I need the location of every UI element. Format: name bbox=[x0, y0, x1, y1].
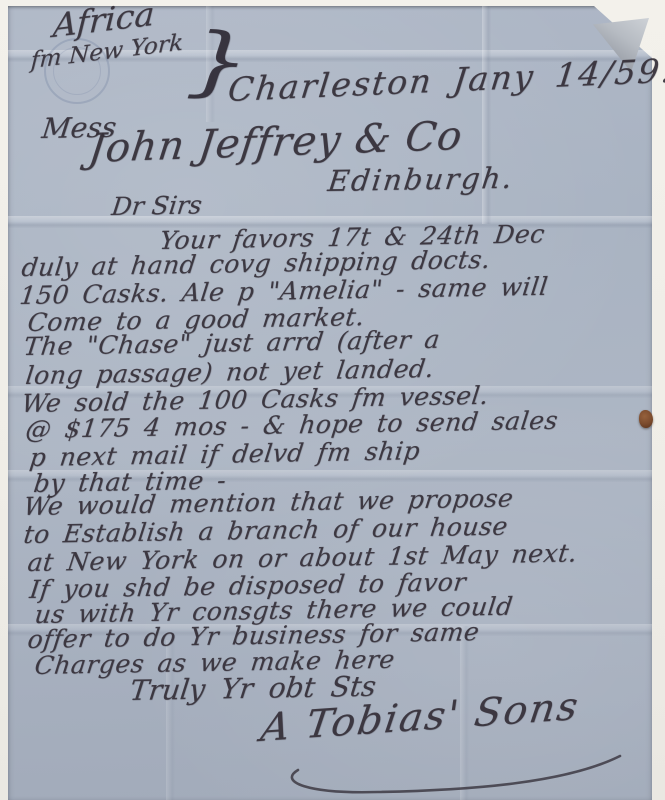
address-city: Edinburgh. bbox=[326, 161, 516, 198]
salutation: Dr Sirs bbox=[110, 190, 204, 221]
wax-seal-icon bbox=[639, 410, 653, 428]
letter-scan: Africa fm New York } Charleston Jany 14/… bbox=[0, 0, 665, 800]
